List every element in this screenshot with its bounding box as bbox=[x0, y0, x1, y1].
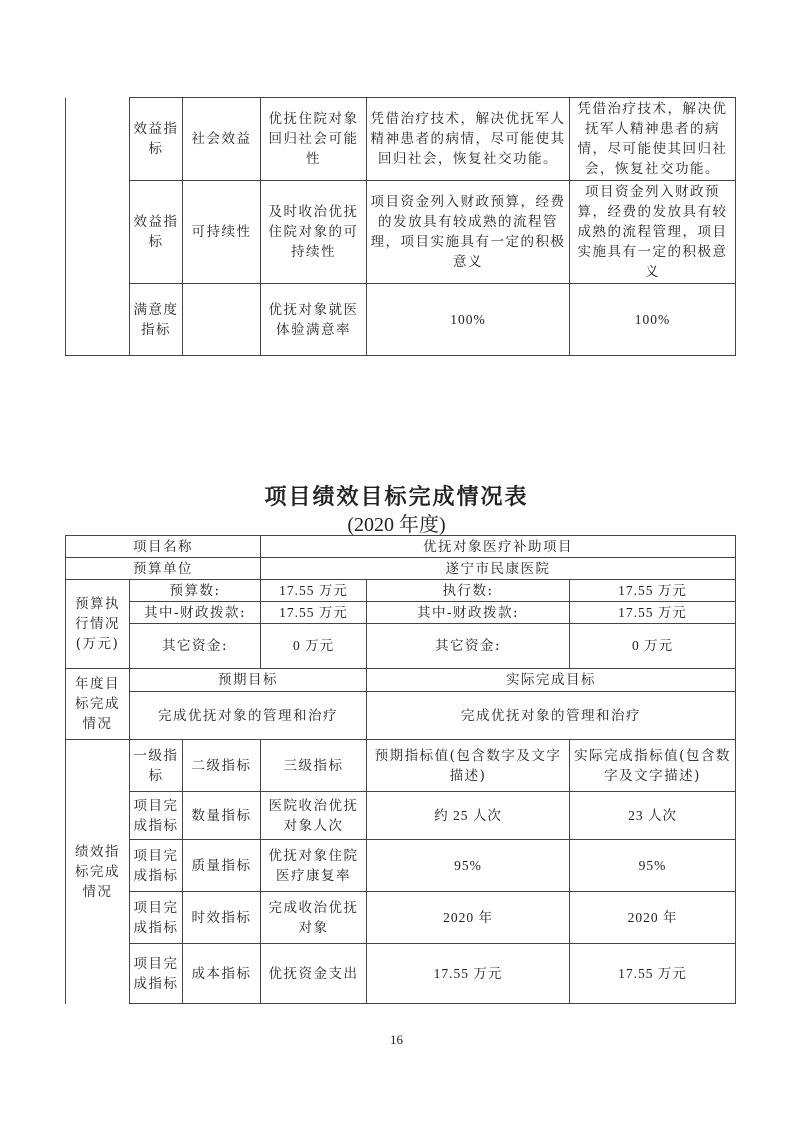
annual-actual: 完成优抚对象的管理和治疗 bbox=[367, 692, 736, 740]
project-name-label: 项目名称 bbox=[66, 536, 261, 558]
actual-cell: 100% bbox=[570, 284, 736, 356]
actual-cell: 95% bbox=[570, 840, 736, 892]
table-row: 项目完成指标 质量指标 优抚对象住院医疗康复率 95% 95% bbox=[66, 840, 736, 892]
expected-cell: 凭借治疗技术，解决优抚军人精神患者的病情，尽可能使其回归社会，恢复社交功能。 bbox=[367, 98, 570, 181]
fiscal-exec-value: 17.55 万元 bbox=[570, 602, 736, 624]
table-row: 效益指标 社会效益 优抚住院对象回归社会可能性 凭借治疗技术，解决优抚军人精神患… bbox=[66, 98, 736, 181]
budget-unit-value: 遂宁市民康医院 bbox=[261, 558, 736, 580]
expected-cell: 100% bbox=[367, 284, 570, 356]
expected-cell: 95% bbox=[367, 840, 570, 892]
level2-cell: 可持续性 bbox=[183, 181, 261, 284]
table-row-annual-header: 年度目标完成情况 预期目标 实际完成目标 bbox=[66, 669, 736, 692]
budget-section-label: 预算执行情况(万元) bbox=[66, 580, 130, 669]
table-row-budget: 预算执行情况(万元) 预算数: 17.55 万元 执行数: 17.55 万元 bbox=[66, 580, 736, 602]
header-actual: 实际完成指标值(包含数字及文字描述) bbox=[570, 740, 736, 792]
expected-cell: 项目资金列入财政预算，经费的发放具有较成熟的流程管理，项目实施具有一定的积极意义 bbox=[367, 181, 570, 284]
fiscal-label: 其中-财政拨款: bbox=[130, 602, 261, 624]
budget-unit-label: 预算单位 bbox=[66, 558, 261, 580]
fiscal-value: 17.55 万元 bbox=[261, 602, 367, 624]
table-row-fiscal: 其中-财政拨款: 17.55 万元 其中-财政拨款: 17.55 万元 bbox=[66, 602, 736, 624]
table-row-perf-header: 绩效指标完成情况 一级指标 二级指标 三级指标 预期指标值(包含数字及文字描述)… bbox=[66, 740, 736, 792]
table-row-other: 其它资金: 0 万元 其它资金: 0 万元 bbox=[66, 624, 736, 669]
expected-cell: 约 25 人次 bbox=[367, 792, 570, 840]
level1-cell: 项目完成指标 bbox=[130, 892, 183, 944]
header-expected: 预期指标值(包含数字及文字描述) bbox=[367, 740, 570, 792]
other-label: 其它资金: bbox=[130, 624, 261, 669]
table-row-project-name: 项目名称 优抚对象医疗补助项目 bbox=[66, 536, 736, 558]
other-exec-value: 0 万元 bbox=[570, 624, 736, 669]
level3-cell: 优抚对象就医体验满意率 bbox=[261, 284, 367, 356]
level2-cell bbox=[183, 284, 261, 356]
actual-cell: 17.55 万元 bbox=[570, 944, 736, 1004]
annual-section-label: 年度目标完成情况 bbox=[66, 669, 130, 740]
level2-cell: 时效指标 bbox=[183, 892, 261, 944]
performance-completion-table: 项目名称 优抚对象医疗补助项目 预算单位 遂宁市民康医院 预算执行情况(万元) … bbox=[65, 535, 736, 1004]
other-value: 0 万元 bbox=[261, 624, 367, 669]
level3-cell: 优抚资金支出 bbox=[261, 944, 367, 1004]
level2-cell: 质量指标 bbox=[183, 840, 261, 892]
header-level3: 三级指标 bbox=[261, 740, 367, 792]
level1-cell: 效益指标 bbox=[130, 181, 183, 284]
actual-cell: 项目资金列入财政预算，经费的发放具有较成熟的流程管理，项目实施具有一定的积极意义 bbox=[570, 181, 736, 284]
page-subtitle-year: (2020 年度) bbox=[0, 508, 793, 537]
exec-value: 17.55 万元 bbox=[570, 580, 736, 602]
page-title: 项目绩效目标完成情况表 bbox=[0, 480, 793, 511]
table-row: 满意度指标 优抚对象就医体验满意率 100% 100% bbox=[66, 284, 736, 356]
annual-expected: 完成优抚对象的管理和治疗 bbox=[130, 692, 367, 740]
performance-table-continued: 效益指标 社会效益 优抚住院对象回归社会可能性 凭借治疗技术，解决优抚军人精神患… bbox=[65, 97, 736, 356]
header-level1: 一级指标 bbox=[130, 740, 183, 792]
page-number: 16 bbox=[0, 1032, 793, 1048]
fiscal-exec-label: 其中-财政拨款: bbox=[367, 602, 570, 624]
table-row: 项目完成指标 时效指标 完成收治优抚对象 2020 年 2020 年 bbox=[66, 892, 736, 944]
table-row: 效益指标 可持续性 及时收治优抚住院对象的可持续性 项目资金列入财政预算，经费的… bbox=[66, 181, 736, 284]
exec-label: 执行数: bbox=[367, 580, 570, 602]
level1-cell: 效益指标 bbox=[130, 98, 183, 181]
level1-cell: 项目完成指标 bbox=[130, 792, 183, 840]
table-row-annual: 完成优抚对象的管理和治疗 完成优抚对象的管理和治疗 bbox=[66, 692, 736, 740]
level3-cell: 及时收治优抚住院对象的可持续性 bbox=[261, 181, 367, 284]
table-row: 项目完成指标 数量指标 医院收治优抚对象人次 约 25 人次 23 人次 bbox=[66, 792, 736, 840]
expected-cell: 17.55 万元 bbox=[367, 944, 570, 1004]
budget-label: 预算数: bbox=[130, 580, 261, 602]
level3-cell: 完成收治优抚对象 bbox=[261, 892, 367, 944]
expected-cell: 2020 年 bbox=[367, 892, 570, 944]
level3-cell: 医院收治优抚对象人次 bbox=[261, 792, 367, 840]
header-level2: 二级指标 bbox=[183, 740, 261, 792]
budget-value: 17.55 万元 bbox=[261, 580, 367, 602]
table-row-budget-unit: 预算单位 遂宁市民康医院 bbox=[66, 558, 736, 580]
table-row: 项目完成指标 成本指标 优抚资金支出 17.55 万元 17.55 万元 bbox=[66, 944, 736, 1004]
annual-expected-header: 预期目标 bbox=[130, 669, 367, 692]
project-name-value: 优抚对象医疗补助项目 bbox=[261, 536, 736, 558]
level3-cell: 优抚对象住院医疗康复率 bbox=[261, 840, 367, 892]
actual-cell: 凭借治疗技术，解决优抚军人精神患者的病情，尽可能使其回归社会，恢复社交功能。 bbox=[570, 98, 736, 181]
level1-cell: 项目完成指标 bbox=[130, 944, 183, 1004]
level2-cell: 社会效益 bbox=[183, 98, 261, 181]
perf-section-label: 绩效指标完成情况 bbox=[66, 740, 130, 1004]
level2-cell: 成本指标 bbox=[183, 944, 261, 1004]
level2-cell: 数量指标 bbox=[183, 792, 261, 840]
annual-actual-header: 实际完成目标 bbox=[367, 669, 736, 692]
actual-cell: 23 人次 bbox=[570, 792, 736, 840]
section-label-cell bbox=[66, 98, 130, 356]
level1-cell: 满意度指标 bbox=[130, 284, 183, 356]
level3-cell: 优抚住院对象回归社会可能性 bbox=[261, 98, 367, 181]
other-exec-label: 其它资金: bbox=[367, 624, 570, 669]
level1-cell: 项目完成指标 bbox=[130, 840, 183, 892]
actual-cell: 2020 年 bbox=[570, 892, 736, 944]
